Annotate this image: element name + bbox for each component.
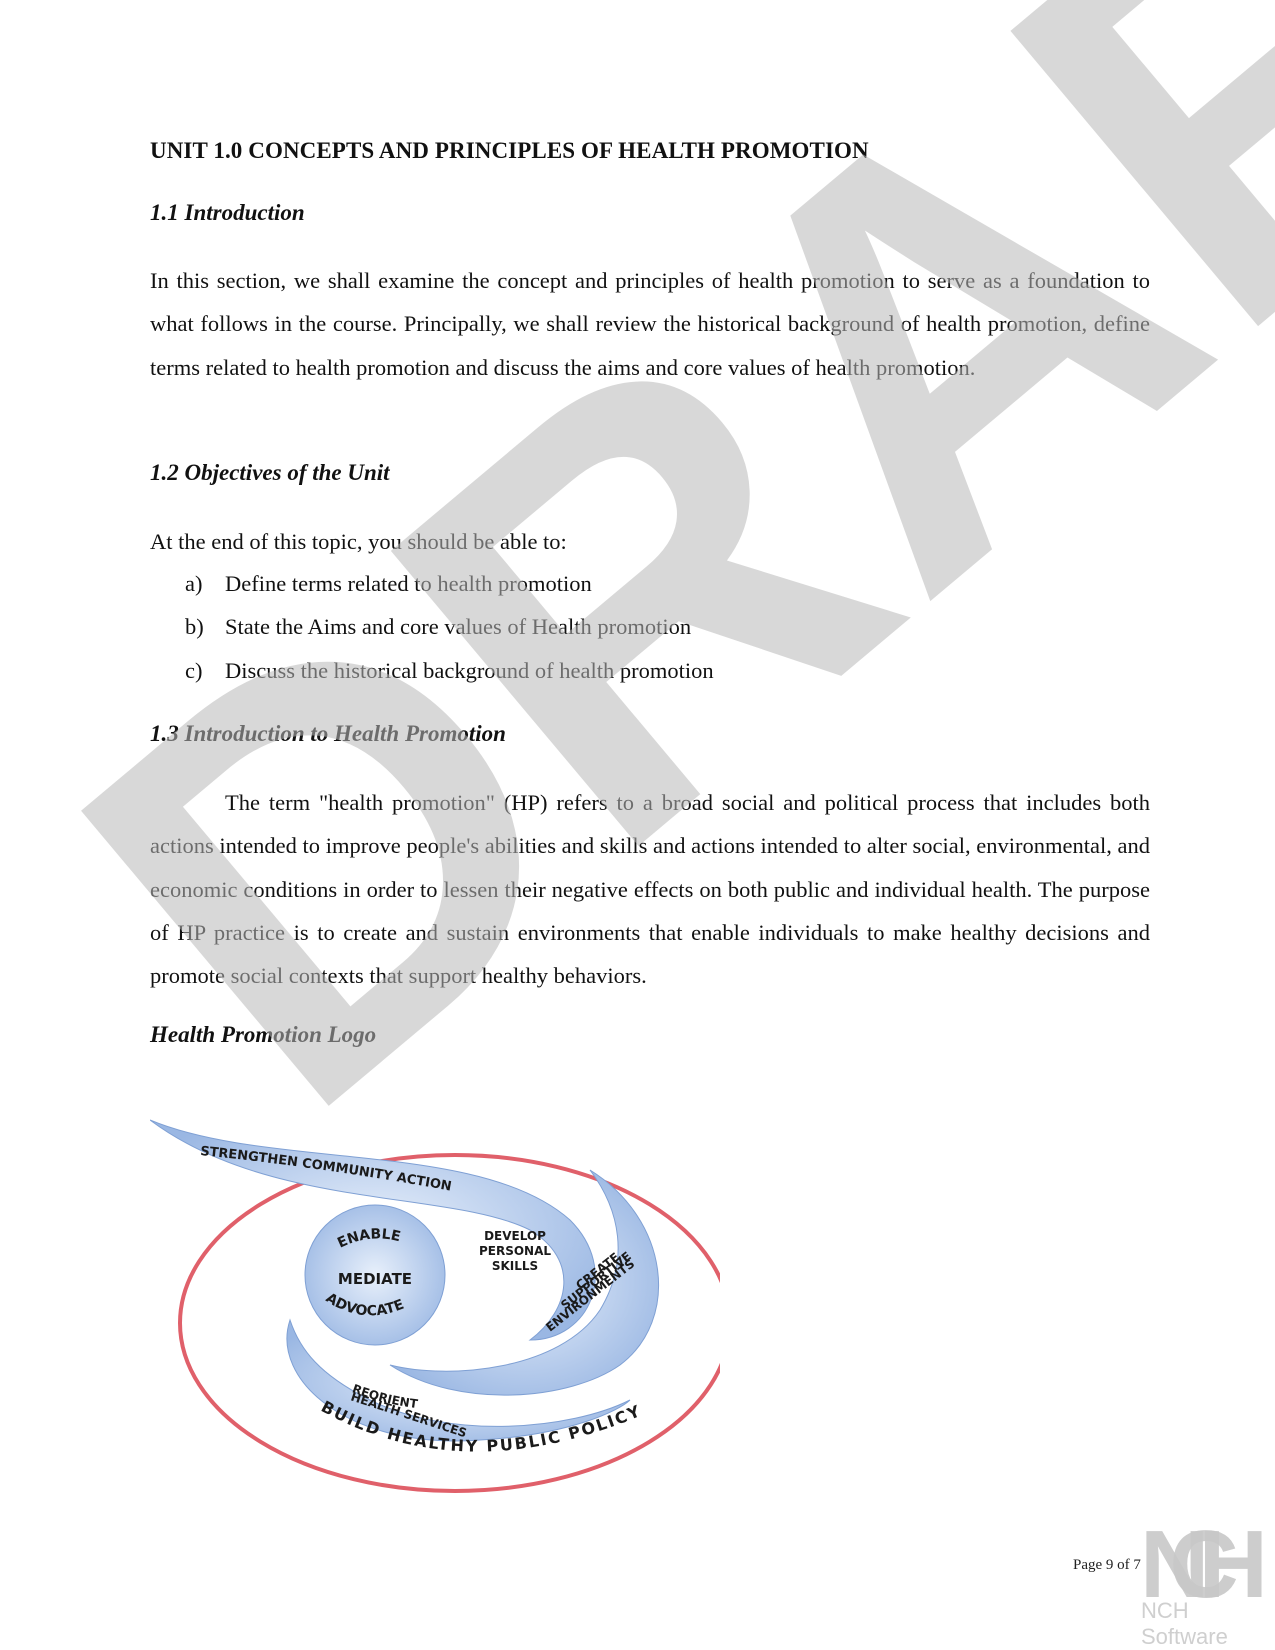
- section-heading-hp-intro: 1.3 Introduction to Health Promotion: [150, 721, 506, 747]
- svg-text:DEVELOP: DEVELOP: [484, 1229, 546, 1243]
- introduction-paragraph: In this section, we shall examine the co…: [150, 259, 1150, 389]
- section-heading-introduction: 1.1 Introduction: [150, 200, 305, 226]
- figure-caption: Health Promotion Logo: [150, 1022, 376, 1048]
- health-promotion-logo: STRENGTHEN COMMUNITY ACTION DEVELOP PERS…: [150, 1110, 720, 1500]
- objective-item: b)State the Aims and core values of Heal…: [185, 605, 714, 648]
- unit-title: UNIT 1.0 CONCEPTS AND PRINCIPLES OF HEAL…: [150, 138, 869, 164]
- svg-text:MEDIATE: MEDIATE: [338, 1270, 412, 1288]
- nch-software-label: NCH Software: [1141, 1598, 1275, 1650]
- document-page: UNIT 1.0 CONCEPTS AND PRINCIPLES OF HEAL…: [0, 0, 1275, 1650]
- svg-text:SKILLS: SKILLS: [492, 1259, 538, 1273]
- objective-item: c)Discuss the historical background of h…: [185, 649, 714, 692]
- svg-text:PERSONAL: PERSONAL: [479, 1244, 551, 1258]
- section-heading-objectives: 1.2 Objectives of the Unit: [150, 460, 390, 486]
- hp-intro-paragraph: The term "health promotion" (HP) refers …: [150, 781, 1150, 997]
- objectives-list: a)Define terms related to health promoti…: [185, 562, 714, 692]
- page-number: Page 9 of 7: [1073, 1557, 1141, 1574]
- objective-item: a)Define terms related to health promoti…: [185, 562, 714, 605]
- objectives-lead: At the end of this topic, you should be …: [150, 520, 1150, 563]
